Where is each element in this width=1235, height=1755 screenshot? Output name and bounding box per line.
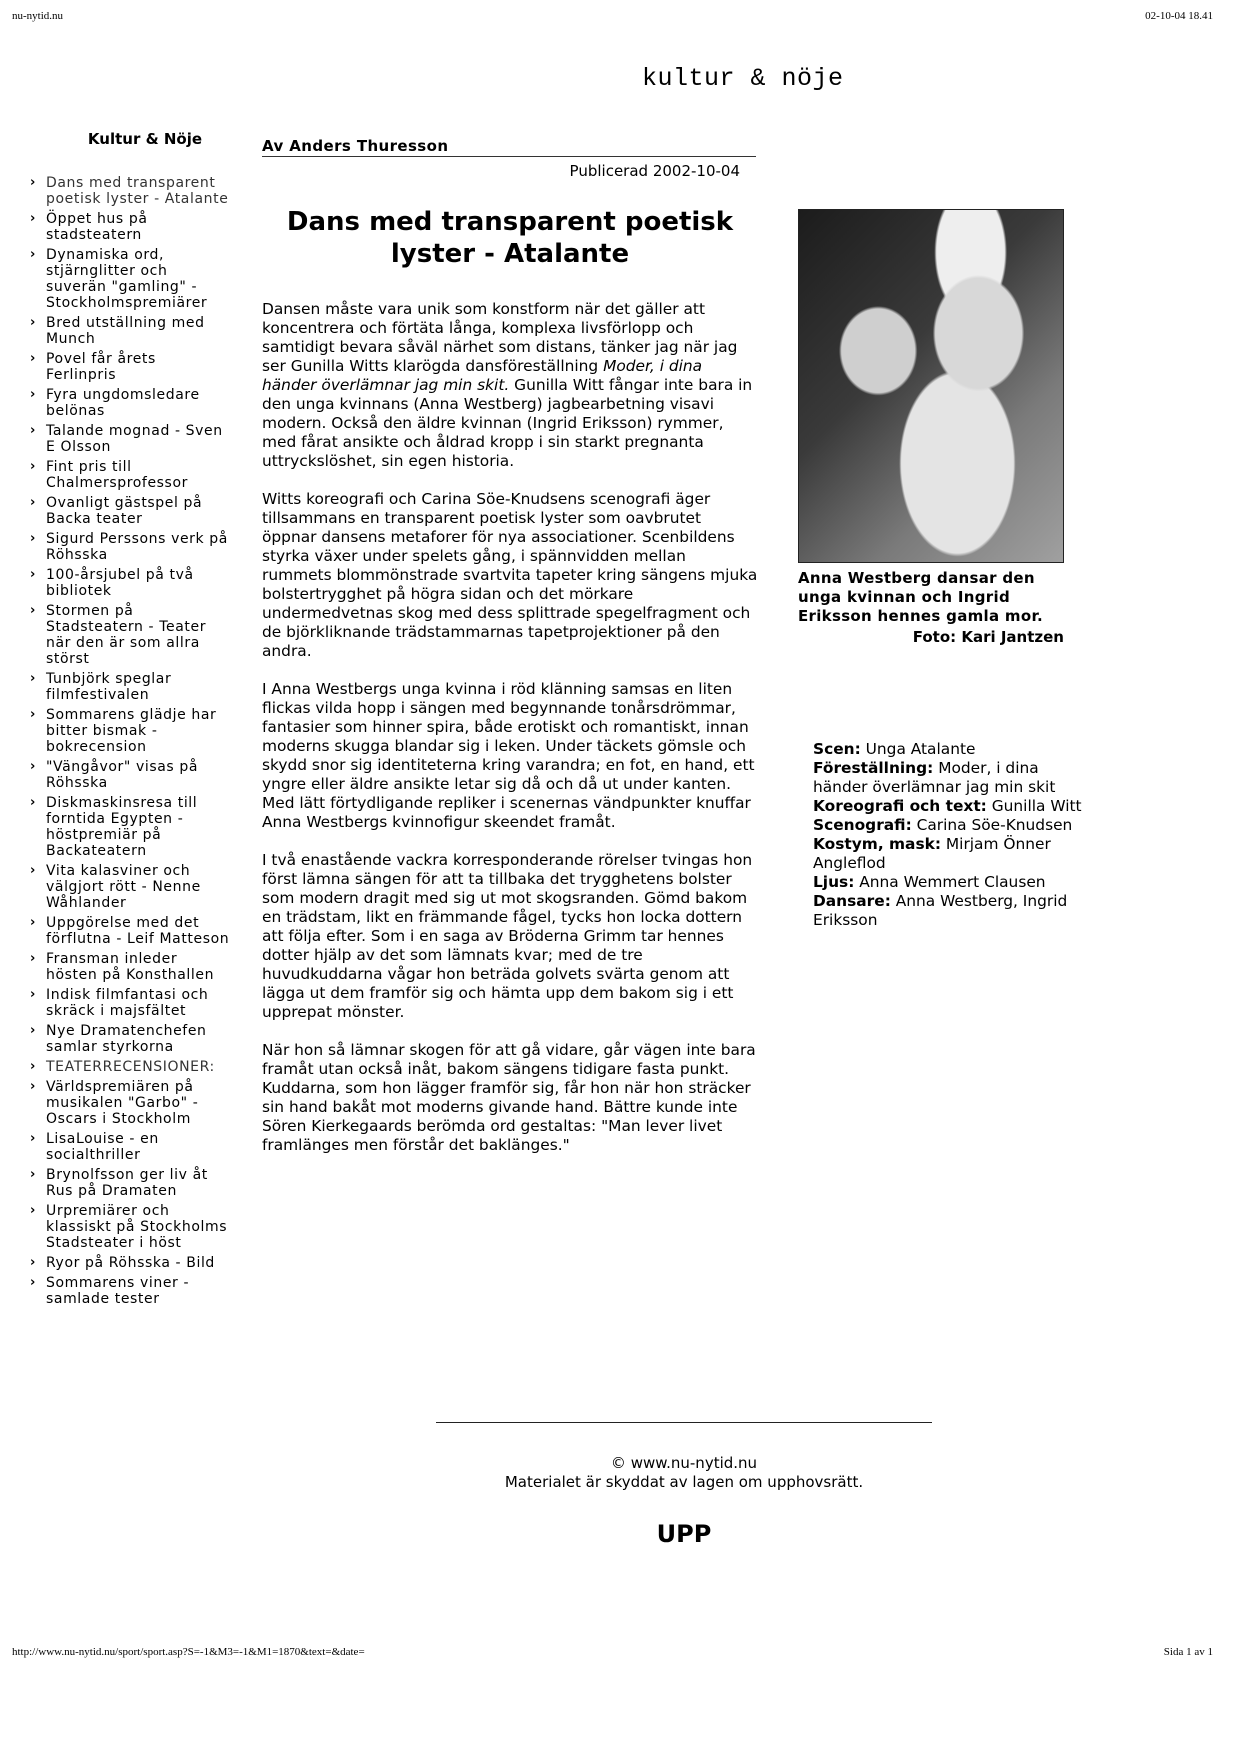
- sidebar-nav-list: ›Dans med transparent poetisk lyster - A…: [30, 175, 230, 1307]
- credit-row: Föreställning: Moder, i dina händer över…: [813, 759, 1083, 797]
- credit-label: Scen:: [813, 740, 861, 758]
- article: Av Anders Thuresson Publicerad 2002-10-0…: [262, 137, 758, 1174]
- chevron-right-icon: ›: [30, 387, 36, 403]
- sidebar-nav-label: Världspremiären på musikalen "Garbo" - O…: [46, 1079, 198, 1127]
- sidebar-nav-label: Sommarens glädje har bitter bismak - bok…: [46, 707, 216, 755]
- article-byline: Av Anders Thuresson: [262, 137, 756, 157]
- article-paragraph: I Anna Westbergs unga kvinna i röd klänn…: [262, 680, 758, 832]
- credit-label: Ljus:: [813, 873, 854, 891]
- chevron-right-icon: ›: [30, 1275, 36, 1291]
- sidebar-nav-label: Indisk filmfantasi och skräck i majsfält…: [46, 987, 208, 1019]
- chevron-right-icon: ›: [30, 1203, 36, 1219]
- sidebar-nav-link[interactable]: ›Bred utställning med Munch: [30, 315, 230, 347]
- chevron-right-icon: ›: [30, 247, 36, 263]
- chevron-right-icon: ›: [30, 1255, 36, 1271]
- sidebar-nav-link[interactable]: ›Världspremiären på musikalen "Garbo" - …: [30, 1079, 230, 1127]
- credit-value: Unga Atalante: [861, 740, 976, 758]
- sidebar-nav-label: Tunbjörk speglar filmfestivalen: [46, 671, 171, 703]
- sidebar-nav-link[interactable]: ›Dans med transparent poetisk lyster - A…: [30, 175, 230, 207]
- credit-value: Anna Wemmert Clausen: [854, 873, 1045, 891]
- credit-label: Dansare:: [813, 892, 891, 910]
- sidebar-nav-link[interactable]: ›Tunbjörk speglar filmfestivalen: [30, 671, 230, 703]
- credit-label: Föreställning:: [813, 759, 933, 777]
- chevron-right-icon: ›: [30, 495, 36, 511]
- credit-value: Carina Söe-Knudsen: [912, 816, 1073, 834]
- article-photo-figure: Anna Westberg dansar den unga kvinnan oc…: [798, 209, 1066, 646]
- back-to-top-link[interactable]: UPP: [436, 1520, 932, 1548]
- photo-credit: Foto: Kari Jantzen: [798, 628, 1066, 646]
- sidebar-nav-link[interactable]: ›Sommarens glädje har bitter bismak - bo…: [30, 707, 230, 755]
- copyright-notice: Materialet är skyddat av lagen om upphov…: [436, 1473, 932, 1492]
- article-paragraph: Witts koreografi och Carina Söe-Knudsens…: [262, 490, 758, 661]
- sidebar-nav-link[interactable]: ›"Vängåvor" visas på Röhsska: [30, 759, 230, 791]
- sidebar-nav-link[interactable]: ›100-årsjubel på två bibliotek: [30, 567, 230, 599]
- photo-caption: Anna Westberg dansar den unga kvinnan oc…: [798, 569, 1066, 626]
- sidebar-nav-label: Stormen på Stadsteatern - Teater när den…: [46, 603, 206, 667]
- sidebar-nav-label: Fransman inleder hösten på Konsthallen: [46, 951, 214, 983]
- sidebar-nav-label: Talande mognad - Sven E Olsson: [46, 423, 223, 455]
- chevron-right-icon: ›: [30, 175, 36, 191]
- credit-row: Scen: Unga Atalante: [813, 740, 1083, 759]
- article-paragraph: När hon så lämnar skogen för att gå vida…: [262, 1041, 758, 1155]
- print-footer-page: Sida 1 av 1: [1164, 1646, 1213, 1658]
- article-photo: [798, 209, 1064, 563]
- sidebar-nav-label: Nye Dramatenchefen samlar styrkorna: [46, 1023, 207, 1055]
- sidebar-nav-label: Fyra ungdomsledare belönas: [46, 387, 200, 419]
- copyright-block: © www.nu-nytid.nu Materialet är skyddat …: [436, 1454, 932, 1492]
- section-logo: kultur & nöje: [642, 64, 844, 93]
- sidebar-nav-link[interactable]: ›Ryor på Röhsska - Bild: [30, 1255, 230, 1271]
- chevron-right-icon: ›: [30, 759, 36, 775]
- sidebar-nav-label: Bred utställning med Munch: [46, 315, 205, 347]
- sidebar-nav-link[interactable]: ›Dynamiska ord, stjärnglitter och suverä…: [30, 247, 230, 311]
- sidebar-nav-link[interactable]: ›Stormen på Stadsteatern - Teater när de…: [30, 603, 230, 667]
- credit-label: Scenografi:: [813, 816, 912, 834]
- chevron-right-icon: ›: [30, 351, 36, 367]
- chevron-right-icon: ›: [30, 567, 36, 583]
- chevron-right-icon: ›: [30, 459, 36, 475]
- chevron-right-icon: ›: [30, 915, 36, 931]
- article-paragraph: Dansen måste vara unik som konstform när…: [262, 300, 758, 471]
- sidebar-section-heading: ›TEATERRECENSIONER:: [30, 1059, 230, 1075]
- chevron-right-icon: ›: [30, 671, 36, 687]
- chevron-right-icon: ›: [30, 951, 36, 967]
- chevron-right-icon: ›: [30, 707, 36, 723]
- sidebar-nav-label: LisaLouise - en socialthriller: [46, 1131, 159, 1163]
- credit-value: Gunilla Witt: [987, 797, 1082, 815]
- sidebar-nav-label: Sigurd Perssons verk på Röhsska: [46, 531, 228, 563]
- sidebar-nav-link[interactable]: ›Sommarens viner - samlade tester: [30, 1275, 230, 1307]
- article-published-date: Publicerad 2002-10-04: [262, 162, 758, 180]
- sidebar-nav-label: Diskmaskinsresa till forntida Egypten - …: [46, 795, 197, 859]
- sidebar-nav-label: "Vängåvor" visas på Röhsska: [46, 759, 198, 791]
- sidebar-nav-label: Ovanligt gästspel på Backa teater: [46, 495, 202, 527]
- credit-row: Dansare: Anna Westberg, Ingrid Eriksson: [813, 892, 1083, 930]
- chevron-right-icon: ›: [30, 531, 36, 547]
- sidebar-nav-link[interactable]: ›Uppgörelse med det förflutna - Leif Mat…: [30, 915, 230, 947]
- article-paragraph: I två enastående vackra korresponderande…: [262, 851, 758, 1022]
- credit-row: Koreografi och text: Gunilla Witt: [813, 797, 1083, 816]
- sidebar-nav-link[interactable]: ›Brynolfsson ger liv åt Rus på Dramaten: [30, 1167, 230, 1199]
- paragraph-text: Med lätt förtydligande repliker i scener…: [262, 794, 751, 831]
- footer-divider: [436, 1422, 932, 1423]
- print-header-site: nu-nytid.nu: [12, 10, 63, 22]
- sidebar-nav-label: 100-årsjubel på två bibliotek: [46, 567, 194, 599]
- sidebar-nav-link[interactable]: ›Öppet hus på stadsteatern: [30, 211, 230, 243]
- paragraph-text: I Anna Westbergs unga kvinna i röd klänn…: [262, 680, 755, 793]
- sidebar-nav-link[interactable]: ›Ovanligt gästspel på Backa teater: [30, 495, 230, 527]
- chevron-right-icon: ›: [30, 863, 36, 879]
- sidebar-nav-link[interactable]: ›Urpremiärer och klassiskt på Stockholms…: [30, 1203, 230, 1251]
- sidebar-nav-label: Povel får årets Ferlinpris: [46, 351, 156, 383]
- chevron-right-icon: ›: [30, 795, 36, 811]
- sidebar-nav-link[interactable]: ›Nye Dramatenchefen samlar styrkorna: [30, 1023, 230, 1055]
- sidebar-nav-link[interactable]: ›Fint pris till Chalmersprofessor: [30, 459, 230, 491]
- chevron-right-icon: ›: [30, 987, 36, 1003]
- sidebar-nav-link[interactable]: ›Vita kalasviner och välgjort rött - Nen…: [30, 863, 230, 911]
- chevron-right-icon: ›: [30, 315, 36, 331]
- article-headline: Dans med transparent poetisk lyster - At…: [262, 206, 758, 270]
- sidebar-title: Kultur & Nöje: [60, 130, 230, 148]
- sidebar-nav-label: Uppgörelse med det förflutna - Leif Matt…: [46, 915, 229, 947]
- sidebar-nav-label: TEATERRECENSIONER:: [46, 1059, 215, 1075]
- sidebar-nav-label: Dynamiska ord, stjärnglitter och suverän…: [46, 247, 207, 311]
- chevron-right-icon: ›: [30, 1059, 36, 1075]
- sidebar-nav-label: Fint pris till Chalmersprofessor: [46, 459, 188, 491]
- print-footer-url: http://www.nu-nytid.nu/sport/sport.asp?S…: [12, 1646, 365, 1658]
- credit-label: Koreografi och text:: [813, 797, 987, 815]
- chevron-right-icon: ›: [30, 423, 36, 439]
- sidebar-nav-link[interactable]: ›Sigurd Perssons verk på Röhsska: [30, 531, 230, 563]
- credit-row: Scenografi: Carina Söe-Knudsen: [813, 816, 1083, 835]
- chevron-right-icon: ›: [30, 603, 36, 619]
- chevron-right-icon: ›: [30, 1131, 36, 1147]
- sidebar-nav-label: Urpremiärer och klassiskt på Stockholms …: [46, 1203, 227, 1251]
- credit-row: Ljus: Anna Wemmert Clausen: [813, 873, 1083, 892]
- production-credits: Scen: Unga AtalanteFöreställning: Moder,…: [813, 740, 1083, 930]
- sidebar-nav-link[interactable]: ›Fransman inleder hösten på Konsthallen: [30, 951, 230, 983]
- sidebar: Kultur & Nöje ›Dans med transparent poet…: [30, 130, 230, 1311]
- sidebar-nav-label: Sommarens viner - samlade tester: [46, 1275, 189, 1307]
- sidebar-nav-label: Öppet hus på stadsteatern: [46, 211, 148, 243]
- print-header-datetime: 02-10-04 18.41: [1145, 10, 1213, 22]
- sidebar-nav-link[interactable]: ›Povel får årets Ferlinpris: [30, 351, 230, 383]
- chevron-right-icon: ›: [30, 1167, 36, 1183]
- chevron-right-icon: ›: [30, 1023, 36, 1039]
- sidebar-nav-label: Ryor på Röhsska - Bild: [46, 1255, 215, 1271]
- sidebar-nav-label: Dans med transparent poetisk lyster - At…: [46, 175, 228, 207]
- sidebar-nav-link[interactable]: ›Fyra ungdomsledare belönas: [30, 387, 230, 419]
- credit-label: Kostym, mask:: [813, 835, 941, 853]
- sidebar-nav-link[interactable]: ›LisaLouise - en socialthriller: [30, 1131, 230, 1163]
- sidebar-nav-link[interactable]: ›Indisk filmfantasi och skräck i majsfäl…: [30, 987, 230, 1019]
- chevron-right-icon: ›: [30, 1079, 36, 1095]
- copyright-line: © www.nu-nytid.nu: [436, 1454, 932, 1473]
- chevron-right-icon: ›: [30, 211, 36, 227]
- credit-row: Kostym, mask: Mirjam Önner Angleflod: [813, 835, 1083, 873]
- sidebar-nav-link[interactable]: ›Diskmaskinsresa till forntida Egypten -…: [30, 795, 230, 859]
- sidebar-nav-label: Vita kalasviner och välgjort rött - Nenn…: [46, 863, 201, 911]
- sidebar-nav-label: Brynolfsson ger liv åt Rus på Dramaten: [46, 1167, 208, 1199]
- sidebar-nav-link[interactable]: ›Talande mognad - Sven E Olsson: [30, 423, 230, 455]
